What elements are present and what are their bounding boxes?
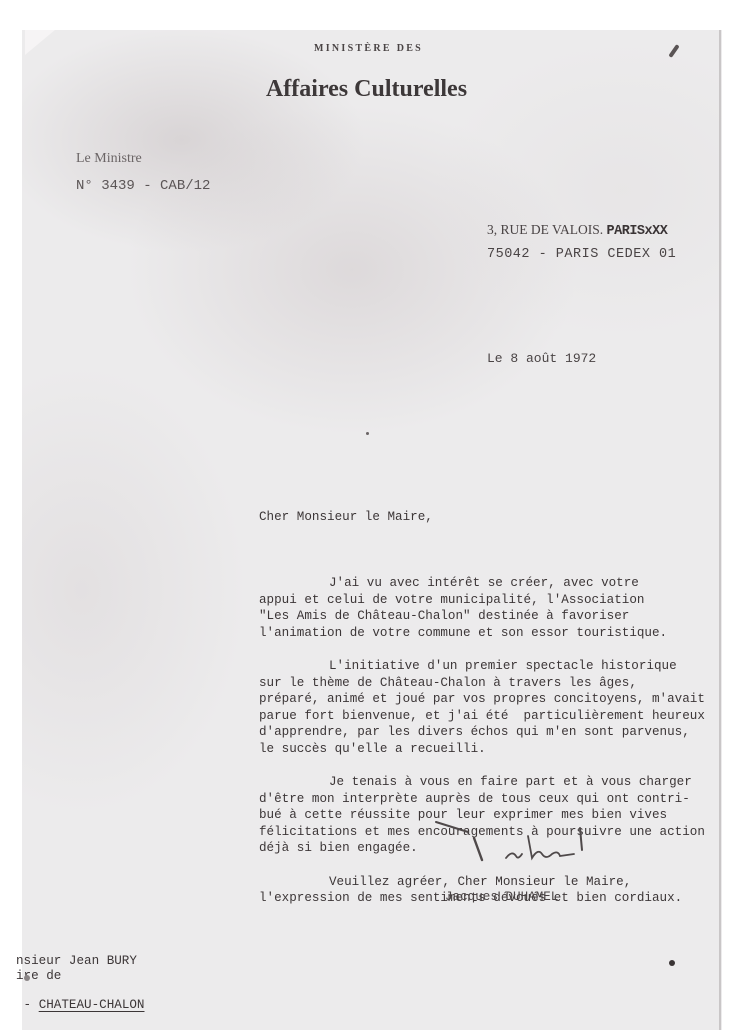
body-line: l'animation de votre commune et son esso… xyxy=(259,625,729,642)
body-line: "Les Amis de Château-Chalon" destinée à … xyxy=(259,608,729,625)
body-line: le succès qu'elle a recueilli. xyxy=(259,741,729,758)
address-struck-text: PARISxXX xyxy=(607,224,668,239)
body-paragraph: J'ai vu avec intérêt se créer, avec votr… xyxy=(259,575,729,641)
body-line: appui et celui de votre municipalité, l'… xyxy=(259,592,729,609)
ink-speck xyxy=(669,960,675,966)
letter-date: Le 8 août 1972 xyxy=(487,351,596,366)
sender-title: Le Ministre xyxy=(76,151,142,167)
body-line: d'apprendre, par les divers échos qui m'… xyxy=(259,724,729,741)
ink-speck xyxy=(24,975,30,981)
reference-number: N° 3439 - CAB/12 xyxy=(76,178,210,194)
ink-speck xyxy=(366,432,369,435)
address-postal-city: 75042 - PARIS CEDEX 01 xyxy=(487,243,676,266)
body-line: L'initiative d'un premier spectacle hist… xyxy=(259,658,729,675)
recipient-line-1: nsieur Jean BURY xyxy=(16,954,145,969)
letter-body: Cher Monsieur le Maire, J'ai vu avec int… xyxy=(259,476,729,940)
recipient-block: nsieur Jean BURY ire de - CHATEAU-CHALON xyxy=(16,954,145,1013)
body-line: Veuillez agréer, Cher Monsieur le Maire, xyxy=(259,874,729,891)
salutation: Cher Monsieur le Maire, xyxy=(259,509,729,526)
recipient-city: CHATEAU-CHALON xyxy=(39,998,145,1012)
address-street: 3, RUE DE VALOIS. xyxy=(487,222,603,237)
body-line: parue fort bienvenue, et j'ai été partic… xyxy=(259,708,729,725)
signer-name: Jacques DUHAMEL xyxy=(445,890,558,904)
body-line: Je tenais à vous en faire part et à vous… xyxy=(259,774,729,791)
body-line: préparé, animé et joué par vos propres c… xyxy=(259,691,729,708)
recipient-line-3: - CHATEAU-CHALON xyxy=(16,998,145,1013)
body-paragraph: L'initiative d'un premier spectacle hist… xyxy=(259,658,729,758)
body-line: J'ai vu avec intérêt se créer, avec votr… xyxy=(259,575,729,592)
letterhead-ministry-prefix: MINISTÈRE DES xyxy=(0,43,729,54)
letterhead-ministry-name: Affaires Culturelles xyxy=(0,76,729,103)
body-line: sur le thème de Château-Chalon à travers… xyxy=(259,675,729,692)
address-line-1: 3, RUE DE VALOIS. PARISxXX xyxy=(487,218,676,243)
body-line: d'être mon interprète auprès de tous ceu… xyxy=(259,791,729,808)
handwritten-signature xyxy=(430,810,600,870)
recipient-line-2: ire de xyxy=(16,969,145,984)
recipient-dash: - xyxy=(16,998,39,1012)
sender-address: 3, RUE DE VALOIS. PARISxXX 75042 - PARIS… xyxy=(487,218,676,266)
